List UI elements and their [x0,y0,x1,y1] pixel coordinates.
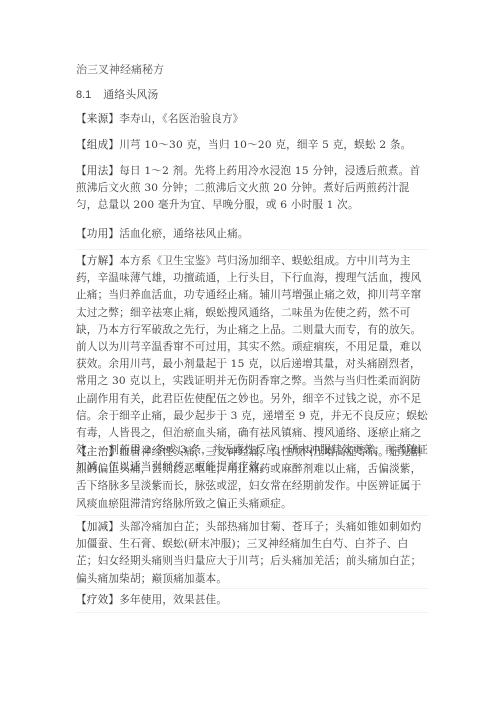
paragraph-usage: 【用法】每日 1～2 剂。先将上药用冷水浸泡 15 分钟，浸透后煎煮。首煎沸后文… [76,163,428,215]
paragraph-text: 多年使用，效果甚佳。 [119,594,227,606]
paragraph-source: 【来源】李寿山，《名医治验良方》 [76,111,428,128]
section-name: 通络头风汤 [103,88,158,101]
paragraph-modifications: 【加减】头部冷痛加白芷；头部热痛加甘菊、苍耳子；头痛如锥如刺如灼加僵蚕、生石膏、… [76,519,428,588]
paragraph-tag: 【功用】 [76,228,119,240]
divider [76,612,428,613]
paragraph-function: 【功用】活血化瘀，通络祛风止痛。 [76,226,428,243]
document-title: 治三叉神经痛秘方 [76,61,164,77]
paragraph-tag: 【疗效】 [76,594,119,606]
document-page: 治三叉神经痛秘方 8.1通络头风汤 【来源】李寿山，《名医治验良方》 【组成】川… [0,0,500,708]
divider [76,249,428,250]
section-heading: 8.1通络头风汤 [76,86,158,102]
paragraph-text: 川芎 10～30 克，当归 10～20 克，细辛 5 克，蜈蚣 2 条。 [119,139,411,151]
paragraph-text: 头部冷痛加白芷；头部热痛加甘菊、苍耳子；头痛如锥如刺如灼加僵蚕、生石膏、蜈蚣(研… [76,521,421,585]
divider [76,588,428,589]
paragraph-text: 每日 1～2 剂。先将上药用冷水浸泡 15 分钟，浸透后煎煮。首煎沸后文火煎 3… [76,165,420,211]
divider [76,515,428,516]
paragraph-tag: 【加减】 [76,521,119,533]
paragraph-text: 血管神经性头痛，三叉神经痛，良性颅内压增高症等病。症见剧烈的偏正头痛，甚则泛恶呕… [76,446,421,510]
divider [76,441,428,442]
section-number: 8.1 [76,89,91,101]
paragraph-tag: 【来源】 [76,113,119,125]
paragraph-composition: 【组成】川芎 10～30 克，当归 10～20 克，细辛 5 克，蜈蚣 2 条。 [76,137,428,154]
paragraph-tag: 【组成】 [76,139,119,151]
paragraph-tag: 【主治】 [76,446,119,458]
paragraph-tag: 【方解】 [76,255,119,267]
paragraph-efficacy: 【疗效】多年使用，效果甚佳。 [76,592,428,609]
paragraph-tag: 【用法】 [76,165,119,177]
paragraph-indications: 【主治】血管神经性头痛，三叉神经痛，良性颅内压增高症等病。症见剧烈的偏正头痛，甚… [76,444,428,513]
paragraph-text: 活血化瘀，通络祛风止痛。 [119,228,249,240]
paragraph-text: 李寿山，《名医治验良方》 [119,113,243,125]
